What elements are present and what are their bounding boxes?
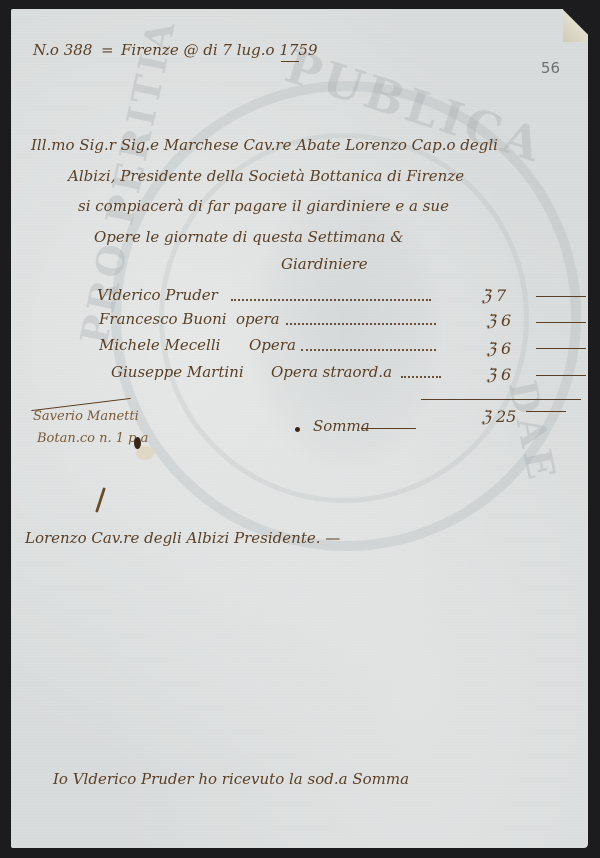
marginal-note-line-2: Botan.co n. 1 p.a xyxy=(37,431,148,446)
leader-dots xyxy=(301,349,436,351)
folio-number: 56 xyxy=(541,59,560,77)
date-underline xyxy=(281,61,299,62)
entry-name: Giuseppe Martini xyxy=(111,363,244,381)
document-number: N.o 388 xyxy=(33,41,92,59)
salutation-line-3: si compiacerà di far pagare il giardinie… xyxy=(78,197,449,215)
entry-name: Michele Mecelli xyxy=(99,336,220,354)
amount-rule xyxy=(536,375,586,376)
total-label-rule xyxy=(361,428,416,429)
place-date: Firenze @ di 7 lug.o 1759 xyxy=(121,41,318,59)
signature-line: Lorenzo Cav.re degli Albizi Presidente. … xyxy=(25,529,340,547)
total-rule xyxy=(421,399,581,400)
amount-rule xyxy=(536,348,586,349)
leader-dots xyxy=(286,323,436,325)
entry-role: opera xyxy=(236,310,280,328)
entry-role: Opera straord.a xyxy=(271,363,392,381)
salutation-line-2: Albizi, Presidente della Società Bottani… xyxy=(68,167,464,185)
total-amount: ℨ 25 xyxy=(481,407,516,426)
folded-corner xyxy=(563,9,588,42)
salutation-line-4: Opere le giornate di questa Settimana & xyxy=(94,228,404,246)
manuscript-page: PUBLICA PRO PERITIA DAE 56 N.o 388 = Fir… xyxy=(11,9,588,848)
ink-blot xyxy=(134,437,141,449)
leader-dots xyxy=(401,376,441,378)
amount-rule xyxy=(536,322,586,323)
pen-flourish xyxy=(95,487,106,513)
entry-amount: ℨ 6 xyxy=(486,365,511,384)
receipt-line: Io Vlderico Pruder ho ricevuto la sod.a … xyxy=(53,770,409,788)
header-separator: = xyxy=(101,41,114,59)
total-label: Somma xyxy=(313,417,370,435)
marginal-note-line-1: Saverio Manetti xyxy=(33,409,139,424)
amount-rule xyxy=(536,296,586,297)
salutation-line-1: Ill.mo Sig.r Sig.e Marchese Cav.re Abate… xyxy=(31,136,498,154)
entry-name: Francesco Buoni xyxy=(99,310,227,328)
leader-dots xyxy=(231,299,431,301)
entry-amount: ℨ 6 xyxy=(486,311,511,330)
entry-name: Vlderico Pruder xyxy=(97,286,218,304)
section-heading: Giardiniere xyxy=(281,255,368,273)
entry-amount: ℨ 6 xyxy=(486,339,511,358)
total-amount-rule xyxy=(526,411,566,412)
ink-dot xyxy=(295,427,300,432)
entry-amount: ℨ 7 xyxy=(481,286,506,305)
entry-role: Opera xyxy=(249,336,296,354)
